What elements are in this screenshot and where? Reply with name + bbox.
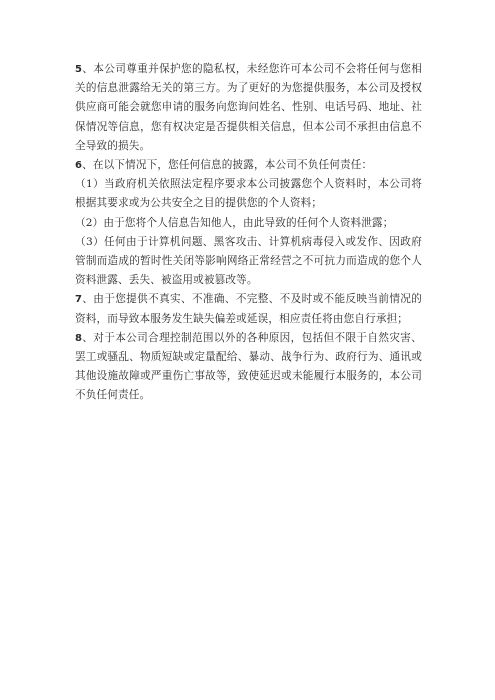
clause-text: 、本公司尊重并保护您的隐私权，未经您许可本公司不会将任何与您相关的信息泄露给无关… [75,63,422,152]
clause-text: 、在以下情况下，您任何信息的披露，本公司不负任何责任： [82,159,372,171]
clause-text: （1）当政府机关依照法定程序要求本公司披露您个人资料时，本公司将根据其要求或为公… [75,178,422,209]
clause-8: 8、对于本公司合理控制范围以外的各种原因，包括但不限于自然灾害、罢工或骚乱、物质… [75,329,422,406]
clause-text: 、由于您提供不真实、不准确、不完整、不及时或不能反映当前情况的资料，而导致本服务… [75,293,422,324]
clause-text: （3）任何由于计算机问题、黑客攻击、计算机病毒侵入或发作、因政府管制而造成的暂时… [75,236,422,286]
clause-5: 5、本公司尊重并保护您的隐私权，未经您许可本公司不会将任何与您相关的信息泄露给无… [75,60,422,156]
clause-7: 7、由于您提供不真实、不准确、不完整、不及时或不能反映当前情况的资料，而导致本服… [75,290,422,328]
clause-text: 、对于本公司合理控制范围以外的各种原因，包括但不限于自然灾害、罢工或骚乱、物质短… [75,332,422,402]
clause-6: 6、在以下情况下，您任何信息的披露，本公司不负任何责任： [75,156,422,175]
clause-6-item-3: （3）任何由于计算机问题、黑客攻击、计算机病毒侵入或发作、因政府管制而造成的暂时… [75,233,422,291]
clause-6-item-1: （1）当政府机关依照法定程序要求本公司披露您个人资料时，本公司将根据其要求或为公… [75,175,422,213]
clause-6-item-2: （2）由于您将个人信息告知他人，由此导致的任何个人资料泄露； [75,214,422,233]
document-page: 5、本公司尊重并保护您的隐私权，未经您许可本公司不会将任何与您相关的信息泄露给无… [75,60,422,406]
clause-text: （2）由于您将个人信息告知他人，由此导致的任何个人资料泄露； [75,217,393,229]
